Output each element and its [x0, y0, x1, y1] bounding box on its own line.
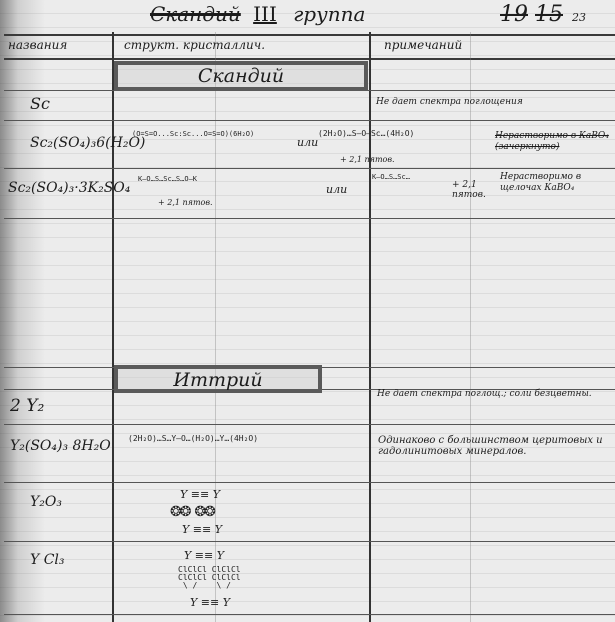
note-y2: Не дает спектра поглощ.; соли безцветны.	[377, 389, 612, 400]
compound-sc2-so4-3-3k2so4: Sc₂(SO₄)₃·3K₂SO₄	[8, 180, 130, 196]
structure-y2o3-bottom: Y ≡≡ Y	[182, 523, 222, 536]
structure-ycl3-top: Y ≡≡ Y	[184, 549, 224, 562]
structure-ycl3-chlorine-cluster: ClClCl ClClCl ClClCl ClClCl \ / \ /	[178, 566, 241, 590]
column-header-names: названия	[8, 38, 67, 52]
structure-y2o3-oxygen-cluster: ❂❂ ❂❂	[170, 504, 214, 520]
page-number-struck: 19	[500, 2, 528, 27]
page-title: Скандий III группа	[150, 2, 365, 26]
structure-sc-double-sulfate-b: K–O…S…Sc…	[372, 173, 447, 181]
structure-connector-or: или	[297, 136, 318, 149]
note-sc: Не дает спектра поглощения	[376, 97, 606, 108]
structure-y-sulfate-hydrate: (2H₂O)…S…Y–O…(H₂O)…Y…(4H₂O)	[128, 435, 353, 443]
structure-y2o3-top: Y ≡≡ Y	[180, 488, 220, 501]
structure-suffix: + 2,1 пятов.	[452, 180, 482, 200]
note-sc-sulfate-hydrate-struck: Нерастворимо в КаВО₄ (зачеркнуто)	[495, 131, 610, 153]
section-heading-yttrium: Иттрий	[114, 365, 322, 393]
compound-ycl3: Y Cl₃	[30, 552, 65, 568]
title-group-word: группа	[293, 2, 365, 26]
row-rule	[4, 424, 615, 425]
note-sc-double-sulfate: Нерастворимо в щелочах КаВО₄	[500, 172, 612, 194]
compound-y2o3: Y₂O₃	[30, 494, 62, 510]
compound-sc: Sc	[30, 94, 50, 113]
structure-ycl3-bottom: Y ≡≡ Y	[190, 596, 230, 609]
structure-sc-sulfate-hydrate-b: (2H₂O)…S—O—Sc…(4H₂O)	[318, 130, 468, 138]
title-roman-numeral: III	[253, 2, 277, 26]
page-number-struck-2: 15	[535, 2, 563, 27]
structure-sc-sulfate-hydrate-a: (O=S=O...Sc:Sc...O=S=O)(6H₂O)	[132, 130, 292, 138]
title-struck-word: Скандий	[150, 2, 241, 26]
structure-sc-double-sulfate-a: K–O…S…Sc…S…O–K	[138, 175, 293, 183]
header-bottom-rule	[4, 58, 615, 60]
notebook-page: Скандий III группа 19 15 23 названия стр…	[0, 0, 615, 622]
column-header-structure: структ. кристаллич.	[124, 38, 265, 52]
column-header-notes: примечаний	[384, 38, 462, 52]
section-heading-scandium: Скандий	[114, 61, 368, 91]
row-rule	[4, 482, 615, 483]
row-rule	[4, 120, 615, 121]
note-y-sulfate-hydrate: Одинаково с большинством церитовых и гад…	[378, 435, 610, 457]
compound-sc2-so4-3-6h2o: Sc₂(SO₄)₃6(H₂O)	[30, 135, 145, 151]
page-number-current: 23	[572, 11, 586, 24]
structure-footnote: + 2,1 пятов.	[158, 198, 213, 207]
row-rule	[4, 614, 615, 615]
compound-2y2: 2 Y₂	[10, 396, 44, 416]
row-rule	[4, 168, 615, 169]
row-rule	[4, 218, 615, 219]
structure-connector-or: или	[326, 183, 347, 196]
structure-footnote: + 2,1 пятов.	[340, 155, 395, 164]
header-top-rule	[4, 34, 615, 36]
compound-y2-so4-3-8h2o: Y₂(SO₄)₃ 8H₂O	[10, 438, 111, 454]
row-rule	[4, 541, 615, 542]
page-number: 19 15 23	[500, 2, 586, 27]
